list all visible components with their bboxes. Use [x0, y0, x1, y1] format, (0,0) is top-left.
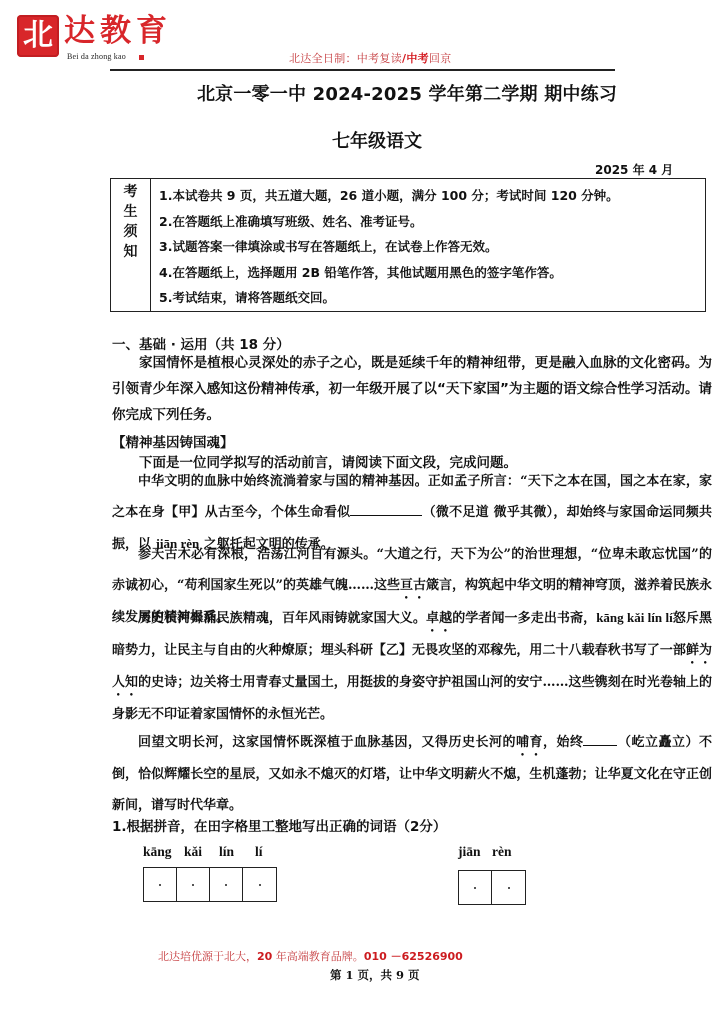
text: 回望文明长河，这家国情怀既深植于血脉基因，又得历史长河的: [138, 735, 516, 750]
section-intro: 家国情怀是植根心灵深处的赤子之心，既是延续千年的精神纽带，更是融入血脉的文化密码…: [112, 350, 712, 428]
ad-bold: 20: [257, 950, 272, 963]
notice-label-char: 须: [124, 222, 138, 242]
logo-square-icon: [139, 55, 144, 60]
logo-text: 达教育: [64, 13, 172, 49]
emphasized-word: 哺育: [516, 735, 543, 750]
tianzige-cell[interactable]: [177, 868, 210, 901]
notice-label-char: 生: [124, 202, 138, 222]
notice-item: 2.在答题纸上准确填写班级、姓名、准考证号。: [159, 209, 619, 235]
footer-advert: 北达培优源于北大，20 年高端教育品牌。010 －62526900: [158, 948, 463, 964]
notice-item: 5.考试结束，请将答题纸交回。: [159, 285, 619, 311]
pinyin-label: lín: [219, 844, 234, 860]
tianzige-cell[interactable]: [144, 868, 177, 901]
passage-paragraph-4: 回望文明长河，这家国情怀既深植于血脉基因，又得历史长河的哺育，始终（屹立矗立）不…: [112, 727, 712, 821]
exam-title: 北京一零一中 2024-2025 学年第二学期 期中练习: [0, 80, 724, 106]
tianzige-cell[interactable]: [243, 868, 276, 901]
emphasized-word: 卓越: [426, 611, 452, 626]
notice-list: 1.本试卷共 9 页，共五道大题，26 道小题，满分 100 分；考试时间 12…: [159, 183, 619, 311]
passage-paragraph-3: 历史长河奔涌民族精魂，百年风雨铸就家国大义。卓越的学者闻一多走出书斋，kāng …: [112, 602, 712, 730]
ad-text: 年高端教育品牌。: [272, 950, 364, 963]
blank-options: （微不足道 微乎其微）: [422, 505, 553, 520]
emphasized-word: 亘古: [400, 578, 426, 593]
pinyin-label: lí: [255, 844, 263, 860]
notice-item: 1.本试卷共 9 页，共五道大题，26 道小题，满分 100 分；考试时间 12…: [159, 183, 619, 209]
notice-label-char: 考: [124, 182, 138, 202]
notice-label-char: 知: [124, 242, 138, 262]
notice-item: 4.在答题纸上，选择题用 2B 铅笔作答，其他试题用黑色的签字笔作答。: [159, 260, 619, 286]
text: 的学者闻一多走出书斋，: [452, 611, 596, 626]
tianzige-cell[interactable]: [210, 868, 243, 901]
tianzige-grid-2: [458, 870, 526, 905]
page-number: 第 1 页，共 9 页: [330, 967, 420, 983]
notice-item: 3.试题答案一律填涂或书写在答题纸上，在试卷上作答无效。: [159, 234, 619, 260]
pinyin-label: rèn: [492, 844, 512, 860]
question-1-prompt: 1.根据拼音，在田字格里工整地写出正确的词语（2分）: [112, 815, 446, 835]
pinyin-label: kǎi: [184, 844, 202, 860]
logo-seal: 北: [17, 15, 59, 57]
tagline-prefix: 北达全日制：中考复读: [289, 52, 402, 65]
blank-options: （屹立矗立）: [617, 735, 699, 750]
exam-subtitle: 七年级语文: [0, 127, 724, 153]
text: ，始终: [543, 735, 584, 750]
pinyin-label: jiān: [458, 844, 481, 860]
ad-phone: 010 －62526900: [364, 950, 463, 963]
text: 的史诗；边关将士用青春丈量国土，用挺拔的身姿守护祖国山河的安宁……这些镌刻在时光…: [112, 675, 712, 722]
fill-blank: [350, 502, 422, 516]
subsection-heading: 【精神基因铸国魂】: [112, 431, 234, 451]
logo-subtitle: Bei da zhong kao: [67, 52, 126, 61]
tianzige-grid-1: [143, 867, 277, 902]
tagline-suffix: 回京: [429, 52, 452, 65]
text: 历史长河奔涌民族精魂，百年风雨铸就家国大义。: [138, 611, 426, 626]
header-tagline: 北达全日制：中考复读/中考回京: [289, 50, 452, 66]
tianzige-cell[interactable]: [492, 871, 525, 904]
notice-label: 考 生 须 知: [111, 179, 151, 311]
pinyin-annotation: kāng kǎi lín lí: [596, 610, 673, 625]
notice-box: 考 生 须 知 1.本试卷共 9 页，共五道大题，26 道小题，满分 100 分…: [110, 178, 706, 312]
ad-text: 北达培优源于北大，: [158, 950, 257, 963]
exam-date: 2025 年 4 月: [595, 161, 673, 178]
header-divider: [110, 69, 615, 71]
tianzige-cell[interactable]: [459, 871, 492, 904]
tagline-bold: /中考: [402, 52, 429, 65]
pinyin-label: kāng: [143, 844, 172, 860]
fill-blank: [583, 732, 617, 746]
